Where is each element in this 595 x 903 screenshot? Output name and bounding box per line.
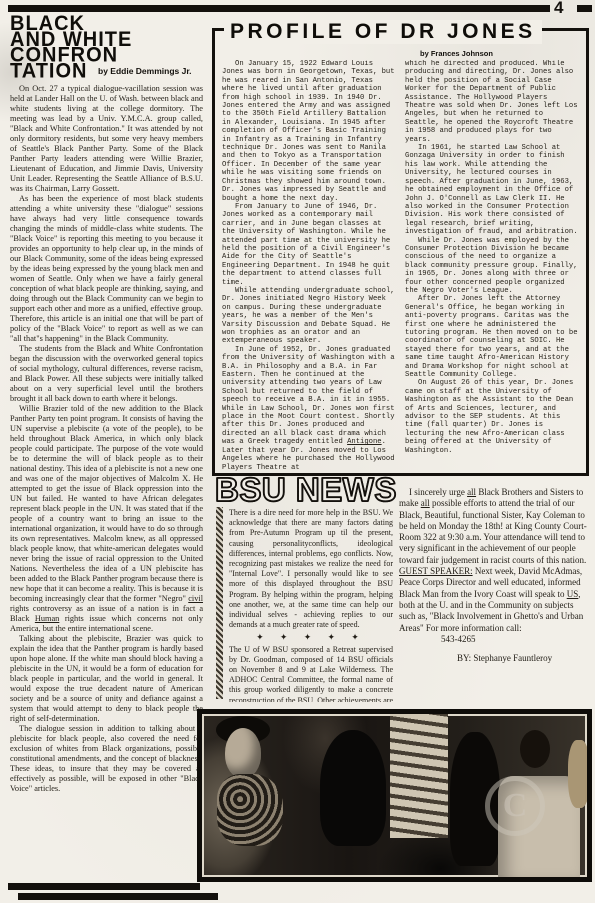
decorative-figure-face: [225, 728, 261, 778]
phone-number: 543-4265: [441, 634, 589, 645]
profile-paragraph: In June of 1952, Dr. Jones graduated fro…: [222, 346, 396, 472]
star-separator: ✦ ✦ ✦ ✦ ✦: [229, 632, 393, 642]
bottom-rule-2: [18, 893, 218, 900]
bottom-rule-1: [8, 883, 200, 890]
page-number: 4: [554, 0, 563, 18]
bsu-news-body: There is a dire need for more help in th…: [229, 508, 393, 702]
profile-paragraph: While Dr. Jones was employed by the Cons…: [405, 237, 579, 296]
article-paragraph: Talking about the plebiscite, Brazier wa…: [10, 634, 203, 724]
newspaper-page: 4 BLACK AND WHITE CONFRON TATION by Eddi…: [0, 0, 595, 903]
article-body-column: On Oct. 27 a typical dialogue-vacillatio…: [10, 84, 203, 858]
profile-paragraph: While attending undergraduate school, Dr…: [222, 287, 396, 346]
profile-paragraph: After Dr. Jones left the Attorney Genera…: [405, 295, 579, 379]
profile-paragraph: In 1961, he started Law School at Gonzag…: [405, 144, 579, 236]
profile-paragraph: On August 26 of this year, Dr. Jones cam…: [405, 379, 579, 455]
bsu-news-title: BSU NEWS: [215, 471, 397, 509]
article-paragraph: As has been the experience of most black…: [10, 194, 203, 344]
decorative-figure-scarf: [217, 774, 283, 846]
article-byline: by Eddie Demmings Jr.: [98, 66, 192, 76]
notice-column: I sincerely urge all Black Brothers and …: [399, 487, 589, 664]
notice-paragraph: I sincerely urge all Black Brothers and …: [399, 487, 589, 566]
profile-byline: by Frances Johnson: [420, 49, 493, 58]
profile-column-right: which he directed and produced. While pr…: [405, 60, 579, 472]
article-paragraph: The students from the Black and White Co…: [10, 344, 203, 404]
top-rule-left: [8, 5, 550, 12]
decorative-figure-head: [520, 730, 550, 768]
profile-title: PROFILE OF DR JONES: [224, 20, 542, 44]
bsu-paragraph: There is a dire need for more help in th…: [229, 508, 393, 630]
decorative-striped-jacket: [390, 714, 448, 838]
notice-paragraph: GUEST SPEAKER: Next week, David McAdmas,…: [399, 566, 589, 634]
bsu-paragraph: The U of W BSU sponsored a Retreat super…: [229, 645, 393, 702]
notice-byline: BY: Stephanye Fauntleroy: [457, 653, 589, 664]
decorative-silhouette: [320, 730, 386, 846]
profile-paragraph: which he directed and produced. While pr…: [405, 60, 579, 144]
profile-column-left: On January 15, 1922 Edward Louis Jones w…: [222, 60, 396, 472]
article-paragraph: The dialogue session in addition to talk…: [10, 724, 203, 794]
decorative-figure: [568, 740, 590, 808]
copyright-watermark-icon: C: [485, 776, 545, 836]
top-rule-right: [577, 5, 592, 12]
article-paragraph: On Oct. 27 a typical dialogue-vacillatio…: [10, 84, 203, 194]
profile-columns: On January 15, 1922 Edward Louis Jones w…: [222, 60, 580, 472]
copyright-letter: C: [503, 787, 528, 825]
crowd-photo: C: [197, 709, 592, 882]
profile-paragraph: On January 15, 1922 Edward Louis Jones w…: [222, 60, 396, 203]
article-paragraph: Willie Brazier told of the new addition …: [10, 404, 203, 634]
bsu-ornament-border: [216, 507, 223, 699]
profile-paragraph: From January to June of 1946, Dr. Jones …: [222, 203, 396, 287]
